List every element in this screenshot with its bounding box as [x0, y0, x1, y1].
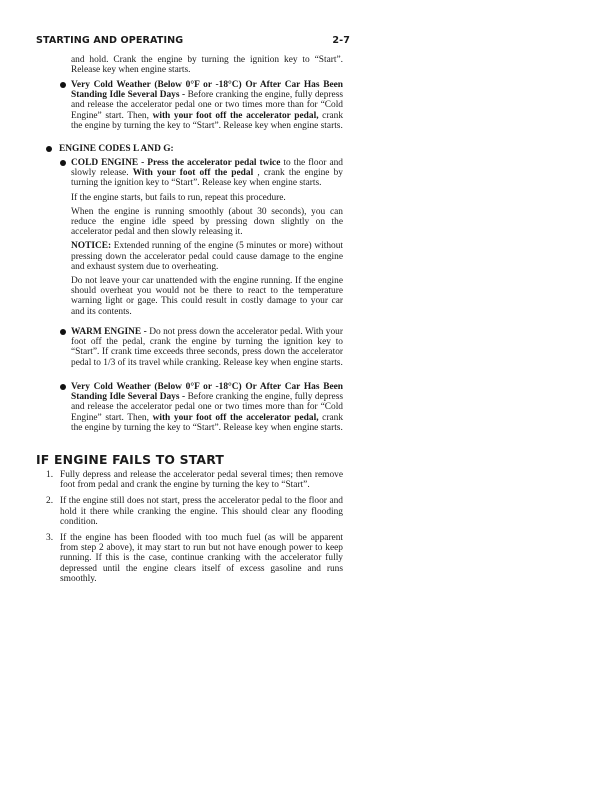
bullet-lead: WARM ENGINE - — [71, 327, 147, 337]
step-item: 3. If the engine has been flooded with t… — [60, 533, 343, 584]
engine-codes-heading-row: ENGINE CODES L AND G: — [59, 144, 343, 154]
running-header: STARTING AND OPERATING 2-7 — [36, 35, 350, 46]
section-heading: IF ENGINE FAILS TO START — [36, 452, 224, 467]
section-title: STARTING AND OPERATING — [36, 35, 183, 46]
step-text: Fully depress and release the accelerato… — [60, 470, 343, 490]
step-text: If the engine has been flooded with too … — [60, 533, 343, 584]
step-number: 1. — [46, 470, 53, 480]
notice-text: Extended running of the engine (5 minute… — [71, 241, 343, 271]
bullet-icon — [46, 146, 52, 152]
step-text: If the engine still does not start, pres… — [60, 496, 343, 527]
notice-paragraph: NOTICE: Extended running of the engine (… — [71, 241, 343, 272]
page-number: 2-7 — [332, 35, 350, 46]
idle-speed-text: When the engine is running smoothly (abo… — [71, 207, 343, 238]
continued-paragraph: and hold. Crank the engine by turning th… — [71, 55, 343, 75]
unattended-warning-text: Do not leave your car unattended with th… — [71, 276, 343, 317]
step-number: 3. — [46, 533, 53, 543]
bullet-icon — [60, 82, 66, 88]
continued-text: and hold. Crank the engine by turning th… — [71, 55, 343, 75]
manual-page: STARTING AND OPERATING 2-7 and hold. Cra… — [0, 0, 612, 792]
repeat-procedure-text: If the engine starts, but fails to run, … — [71, 193, 343, 203]
bullet-emphasis: with your foot off the accelerator pedal… — [153, 111, 319, 121]
step-item: 1. Fully depress and release the acceler… — [60, 470, 343, 490]
steps-list: 1. Fully depress and release the acceler… — [60, 470, 343, 584]
bullet-icon — [60, 384, 66, 390]
bullet-very-cold-2: Very Cold Weather (Below 0°F or -18°C) O… — [71, 382, 343, 433]
bullet-cold-engine: COLD ENGINE - Press the accelerator peda… — [71, 158, 343, 317]
notice-label: NOTICE: — [71, 241, 111, 251]
bullet-emphasis: Press the accelerator pedal twice — [144, 158, 280, 168]
bullet-emphasis: With your foot off the pedal — [133, 168, 253, 178]
bullet-lead: COLD ENGINE - — [71, 158, 144, 168]
bullet-emphasis: with your foot off the accelerator pedal… — [153, 413, 319, 423]
bullet-icon — [60, 329, 66, 335]
bullet-warm-engine: WARM ENGINE - Do not press down the acce… — [71, 327, 343, 368]
step-number: 2. — [46, 496, 53, 506]
bullet-icon — [60, 160, 66, 166]
bullet-very-cold-1: Very Cold Weather (Below 0°F or -18°C) O… — [71, 80, 343, 131]
step-item: 2. If the engine still does not start, p… — [60, 496, 343, 527]
engine-codes-heading: ENGINE CODES L AND G: — [59, 144, 174, 154]
